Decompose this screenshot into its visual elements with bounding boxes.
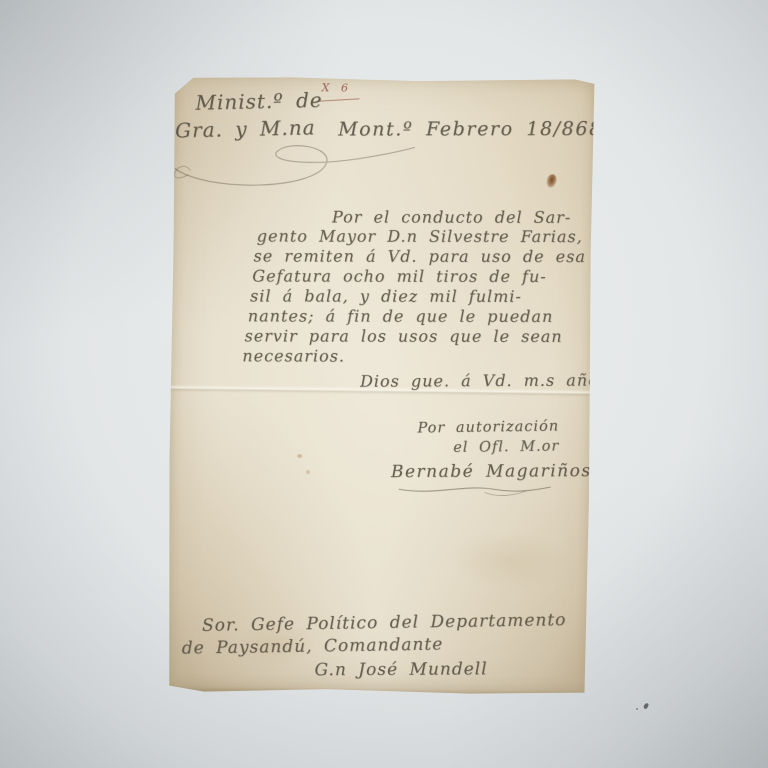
body-line: sil á bala, y diez mil fulmi- xyxy=(250,286,522,305)
body-line: Gefatura ocho mil tiros de fu- xyxy=(252,266,546,286)
foxing-spot xyxy=(297,454,302,458)
foxing-spot xyxy=(450,530,571,591)
body-line: servir para los usos que le sean xyxy=(245,326,563,346)
body-line: se remiten á Vd. para uso de esa xyxy=(254,246,586,266)
paper-edge-shading xyxy=(166,685,588,697)
authorization-line-1: Por autorización xyxy=(417,418,559,436)
address-line: de Paysandú, Comandante xyxy=(182,634,444,658)
address-line: Sor. Gefe Político del Departamento xyxy=(202,610,567,636)
closing-salute: Dios gue. á Vd. m.s años xyxy=(360,370,608,390)
background-speck xyxy=(643,702,649,709)
body-line: necesarios. xyxy=(242,346,345,365)
body-line: nantes; á fin de que le puedan xyxy=(248,306,554,326)
pencil-annotation: X 6 xyxy=(322,81,352,94)
pencil-annotation-underline xyxy=(319,96,359,101)
body-line: gento Mayor D.n Silvestre Farias, xyxy=(257,226,583,246)
letter-paper: X 6 Minist.º de Gra. y M.na Mont.º Febre… xyxy=(166,74,596,697)
letterhead-line-2: Gra. y M.na xyxy=(175,115,316,142)
address-line: G.n José Mundell xyxy=(314,659,487,680)
photograph-backdrop: X 6 Minist.º de Gra. y M.na Mont.º Febre… xyxy=(0,0,768,768)
dateline: Mont.º Febrero 18/868 xyxy=(338,118,603,140)
authorization-line-2: el Ofl. M.or xyxy=(453,438,559,455)
letterhead-line-1: Minist.º de xyxy=(195,88,323,115)
signature: Bernabé Magariños xyxy=(391,461,592,482)
background-speck xyxy=(636,708,638,710)
signature-rubric xyxy=(395,481,555,497)
foxing-spot xyxy=(306,470,310,474)
ink-stain xyxy=(545,173,558,189)
body-line: Por el conducto del Sar- xyxy=(332,207,571,226)
